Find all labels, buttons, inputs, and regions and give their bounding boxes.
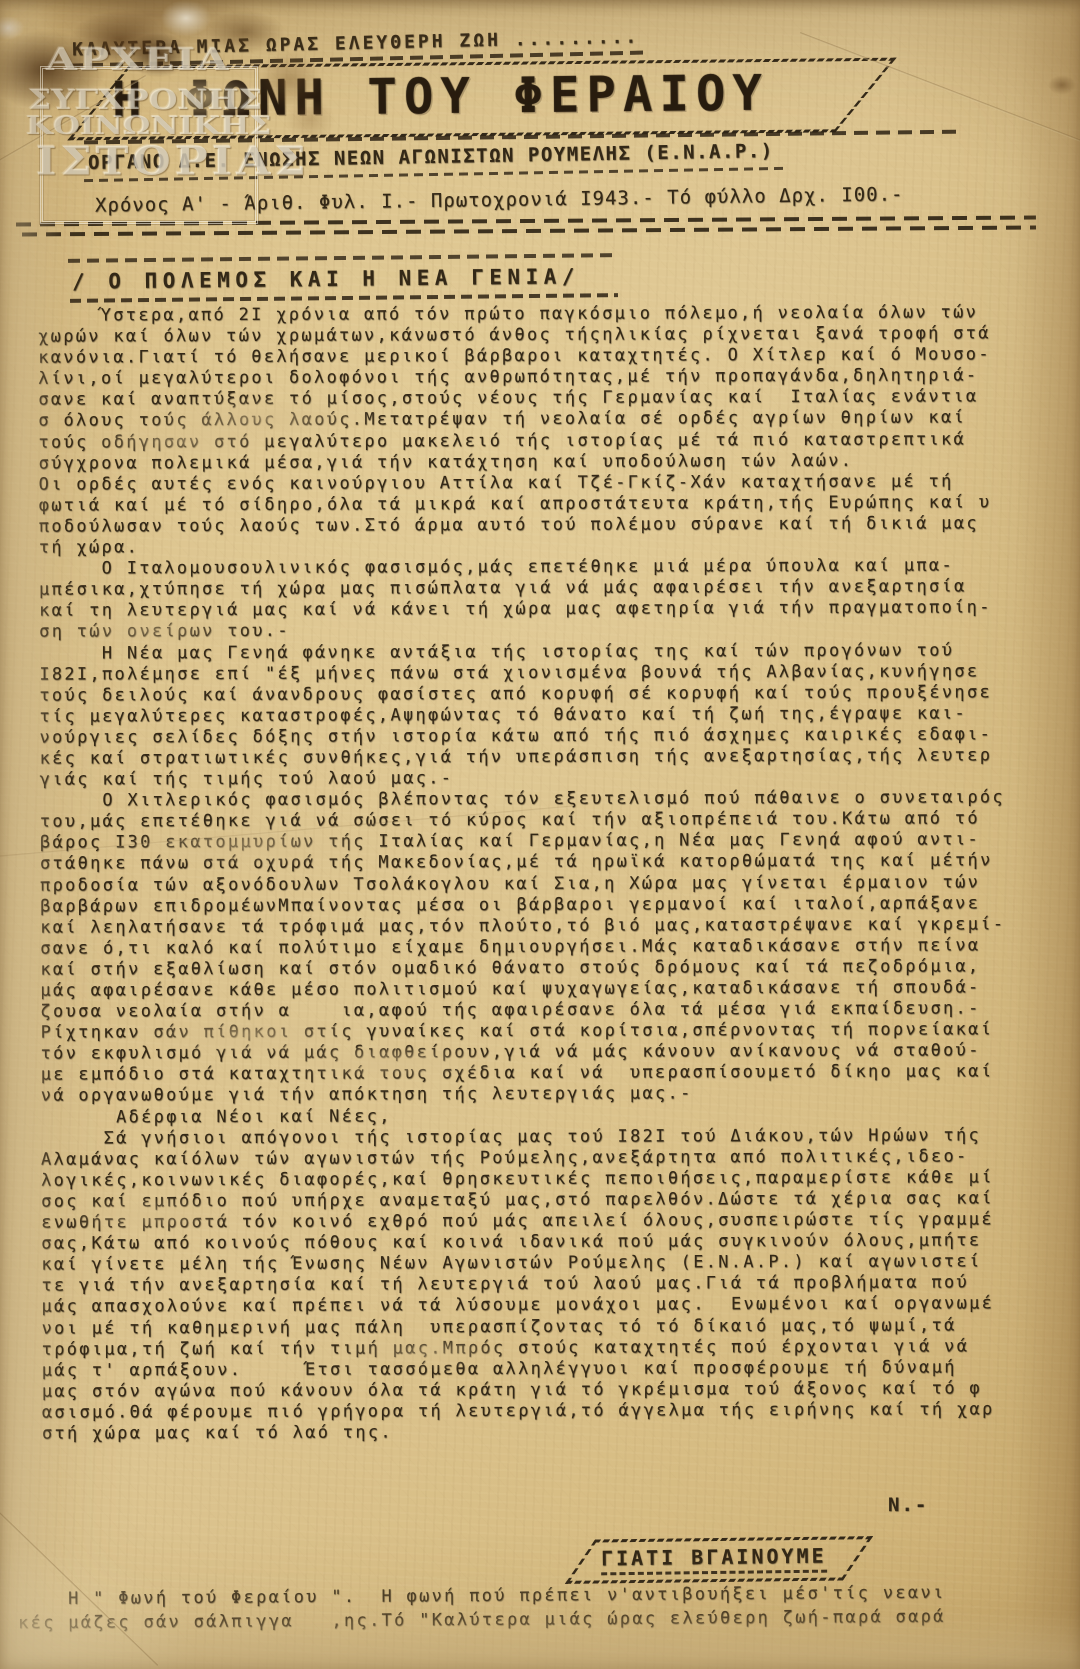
header-double-rule <box>16 215 1036 238</box>
section-two-body: Η " Φωνή τού Φεραίου ". Η φωνή πού πρέπε… <box>18 1582 946 1635</box>
headline-top-rule <box>68 253 616 263</box>
newspaper-title: Η ΦΩΝΗ ΤΟΥ ΦΕΡΑΙΟΥ <box>112 65 770 129</box>
headline-underline-rule <box>70 293 618 303</box>
issue-line: Χρόνος Α' - Άριθ. Φυλ. Ι.- Πρωτοχρονιά Ι… <box>95 183 904 216</box>
article-body: Ύστερα,από 2Ι χρόνια από τόν πρώτο παγκό… <box>38 302 1007 1444</box>
newspaper-scan-page: ΚΑΛΥΤΕΡΑ ΜΙΑΣ ΩΡΑΣ ΕΛΕΥΘΕΡΗ ΖΩΗ ........… <box>0 0 1080 1669</box>
article-headline: / Ο ΠΟΛΕΜΟΣ ΚΑΙ Η ΝΕΑ ΓΕΝΙΑ/ <box>72 264 580 293</box>
page-content: ΚΑΛΥΤΕΡΑ ΜΙΑΣ ΩΡΑΣ ΕΛΕΥΘΕΡΗ ΖΩΗ ........… <box>0 0 1080 1669</box>
section-two-headline: ΓΙΑΤΙ ΒΓΑΙΝΟΥΜΕ <box>601 1544 827 1576</box>
article-signature: Ν.- <box>888 1494 928 1516</box>
